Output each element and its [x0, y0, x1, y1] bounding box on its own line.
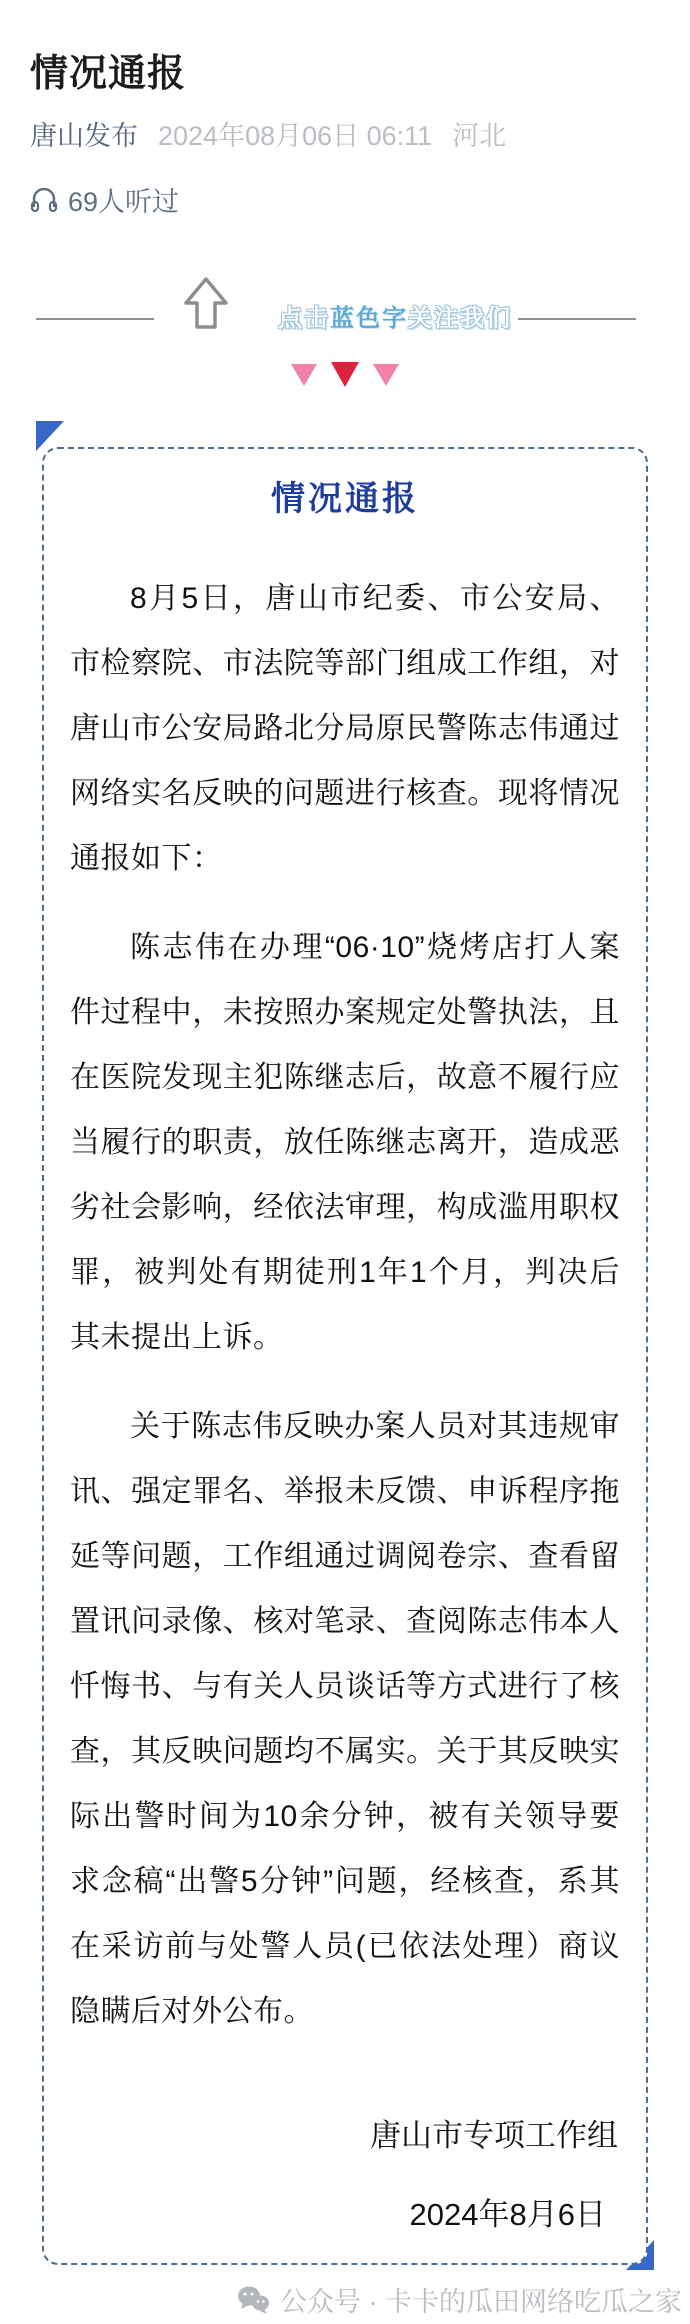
follow-banner-text[interactable]: 点击蓝色字关注我们: [278, 298, 512, 333]
watermark: 公众号 · 卡卡的瓜田网络吃瓜之家: [236, 2280, 682, 2319]
banner-part2: 关注我们: [408, 305, 512, 332]
notice-body: 8月5日，唐山市纪委、市公安局、市检察院、市法院等部门组成工作组，对唐山市公安局…: [70, 566, 620, 2044]
watermark-text: 公众号 · 卡卡的瓜田网络吃瓜之家: [280, 2280, 682, 2319]
follow-banner: 点击蓝色字关注我们: [0, 270, 690, 340]
triangle-down-pink-right: [373, 364, 399, 386]
publish-datetime: 2024年08月06日 06:11: [158, 114, 432, 153]
listen-count-label: 69人听过: [68, 180, 179, 219]
notice-paragraph: 关于陈志伟反映办案人员对其违规审讯、强定罪名、举报未反馈、申诉程序拖延等问题，工…: [70, 1394, 620, 2044]
notice-paragraph: 陈志伟在办理“06·10”烧烤店打人案件过程中，未按照办案规定处警执法，且在医院…: [70, 915, 620, 1370]
divider-line-right: [518, 318, 636, 320]
account-name-link[interactable]: 唐山发布: [30, 114, 138, 153]
notice-title: 情况通报: [70, 471, 620, 520]
banner-highlight: 蓝色字: [330, 305, 408, 332]
divider-line-left: [36, 318, 154, 320]
article-page: 情况通报 唐山发布 2024年08月06日 06:11 河北 69人听过 点击蓝…: [0, 0, 690, 2324]
headphones-icon: [30, 186, 58, 213]
listen-count-row[interactable]: 69人听过: [30, 180, 179, 219]
page-title: 情况通报: [30, 51, 186, 99]
triangle-down-red: [331, 362, 359, 387]
publish-region: 河北: [452, 114, 506, 153]
byline: 唐山发布 2024年08月06日 06:11 河北: [30, 114, 506, 153]
banner-part1: 点击: [278, 305, 330, 332]
wechat-icon: [236, 2285, 270, 2315]
notice-date: 2024年8月6日: [70, 2189, 620, 2234]
up-arrow-icon: [183, 276, 229, 335]
triangle-divider: [0, 362, 690, 387]
notice-signature: 唐山市专项工作组: [70, 2110, 620, 2155]
notice-paragraph: 8月5日，唐山市纪委、市公安局、市检察院、市法院等部门组成工作组，对唐山市公安局…: [70, 566, 620, 891]
notice-card: 情况通报 8月5日，唐山市纪委、市公安局、市检察院、市法院等部门组成工作组，对唐…: [42, 447, 648, 2265]
triangle-down-pink-left: [291, 364, 317, 386]
